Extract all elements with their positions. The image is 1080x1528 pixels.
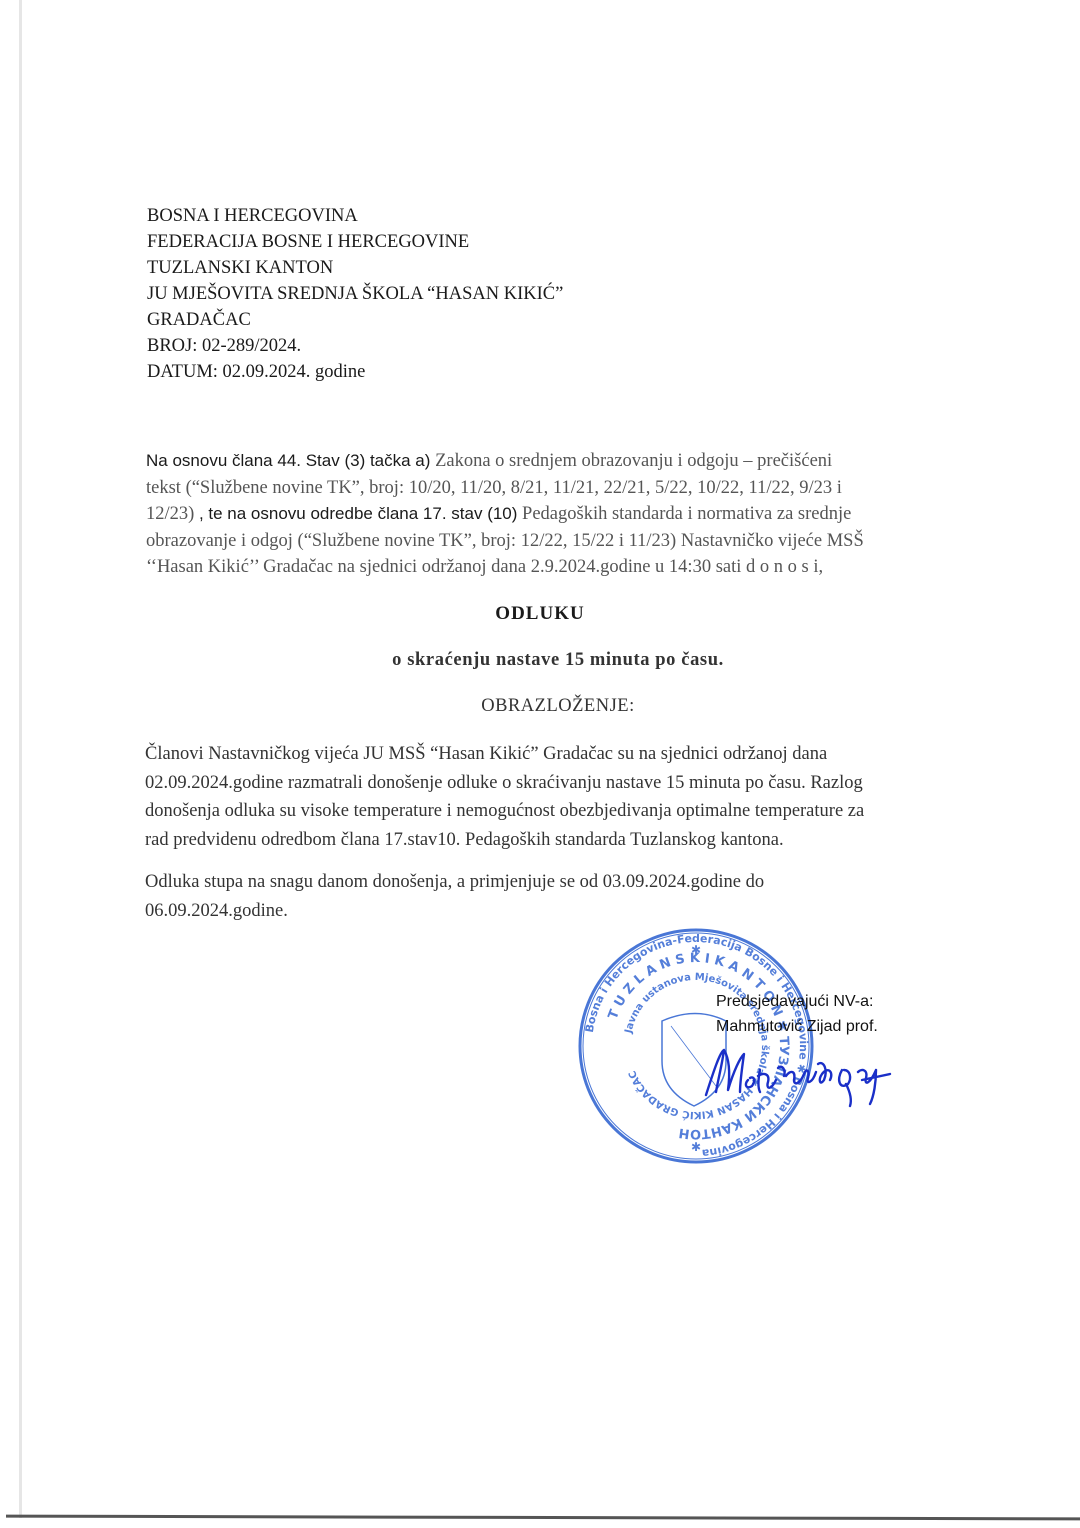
signature-block: Predsjedavajući NV-a: Mahmutović Zijad p… xyxy=(716,989,878,1039)
svg-text:✱: ✱ xyxy=(691,1140,701,1154)
header-country: BOSNA I HERCEGOVINA xyxy=(147,203,563,229)
body-line: donošenja odluka su visoke temperature i… xyxy=(145,797,985,826)
header-federation: FEDERACIJA BOSNE I HERCEGOVINE xyxy=(147,229,563,255)
intro-text-1: Zakona o srednjem obrazovanju i odgoju –… xyxy=(430,451,832,471)
body-line: Članovi Nastavničkog vijeća JU MSŠ “Hasa… xyxy=(145,740,985,769)
intro-text-3b: Pedagoških standarda i normativa za sred… xyxy=(517,504,851,524)
header-city: GRADAČAC xyxy=(147,307,563,333)
signer-name: Mahmutović Zijad prof. xyxy=(716,1014,878,1039)
header-date: DATUM: 02.09.2024. godine xyxy=(147,359,563,385)
intro-text-3a: 12/23) xyxy=(146,504,199,524)
intro-text-2: tekst (“Službene novine TK”, broj: 10/20… xyxy=(146,475,976,502)
svg-text:✱: ✱ xyxy=(691,943,701,957)
page-left-edge xyxy=(19,0,22,1518)
intro-bold-1: Na osnovu člana 44. Stav (3) tačka a) xyxy=(146,451,430,470)
intro-bold-3: , te na osnovu odredbe člana 17. stav (1… xyxy=(199,504,517,523)
legal-basis-paragraph: Na osnovu člana 44. Stav (3) tačka a) Za… xyxy=(146,448,976,581)
reasoning-paragraph-1: Članovi Nastavničkog vijeća JU MSŠ “Hasa… xyxy=(145,740,985,854)
decision-subtitle: o skraćenju nastave 15 minuta po času. xyxy=(0,650,1080,671)
handwritten-signature-icon xyxy=(700,1040,900,1110)
body-line: 02.09.2024.godine razmatrali donošenje o… xyxy=(145,769,985,798)
reasoning-body: Članovi Nastavničkog vijeća JU MSŠ “Hasa… xyxy=(145,740,985,925)
decision-title: ODLUKU xyxy=(0,603,1080,625)
body-line: Odluka stupa na snagu danom donošenja, a… xyxy=(145,868,985,897)
intro-text-4: obrazovanje i odgoj (“Službene novine TK… xyxy=(146,528,976,555)
header-canton: TUZLANSKI KANTON xyxy=(147,255,563,281)
body-line: 06.09.2024.godine. xyxy=(145,897,985,926)
reasoning-heading: OBRAZLOŽENJE: xyxy=(0,696,1080,717)
body-line: rad predvidenu odredbom člana 17.stav10.… xyxy=(145,826,985,855)
signer-role: Predsjedavajući NV-a: xyxy=(716,989,878,1014)
page-bottom-edge xyxy=(6,1515,1080,1521)
intro-text-5: ‘‘Hasan Kikić’’ Gradačac na sjednici odr… xyxy=(146,554,976,581)
document-header: BOSNA I HERCEGOVINA FEDERACIJA BOSNE I H… xyxy=(147,203,563,385)
header-number: BROJ: 02-289/2024. xyxy=(147,333,563,359)
reasoning-paragraph-2: Odluka stupa na snagu danom donošenja, a… xyxy=(145,868,985,925)
header-school: JU MJEŠOVITA SREDNJA ŠKOLA “HASAN KIKIĆ” xyxy=(147,281,563,307)
